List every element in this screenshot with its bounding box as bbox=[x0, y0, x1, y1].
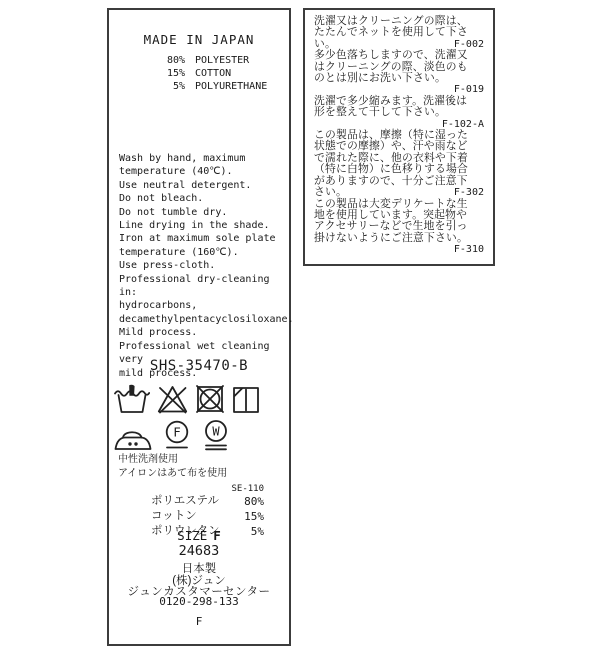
warning-code: F-310 bbox=[454, 244, 484, 255]
warning-text: 多少色落ちしますので、洗濯又 bbox=[314, 50, 468, 61]
warning-text: のとは別にお洗い下さい。 bbox=[314, 73, 446, 84]
warning-text: アクセサリーなどで生地を引っ bbox=[314, 221, 468, 232]
composition-percent: 15% bbox=[149, 67, 185, 80]
care-symbols-row-1 bbox=[114, 384, 260, 414]
composition-percent: 80% bbox=[149, 54, 185, 67]
warning-line: F-310 bbox=[314, 244, 484, 255]
composition-material: POLYURETHANE bbox=[195, 80, 267, 93]
product-number: 24683 bbox=[109, 543, 289, 559]
warning-line: たたんでネットを使用して下さ bbox=[314, 27, 484, 38]
do-not-tumble-dry-icon bbox=[195, 384, 225, 414]
made-in-heading: MADE IN JAPAN bbox=[109, 32, 289, 47]
warning-code: F-302 bbox=[454, 187, 484, 198]
size-label: SIZE bbox=[177, 528, 207, 543]
item-code: SHS-35470-B bbox=[109, 358, 289, 374]
bottom-size-letter: F bbox=[109, 615, 289, 628]
care-notes-jp: 中性洗剤使用 アイロンはあて布を使用 bbox=[118, 453, 227, 480]
composition-jp-row: ポリエステル 80% bbox=[151, 494, 264, 509]
composition-material-jp: ポリエステル bbox=[151, 494, 219, 509]
warning-text: 掛けないようにご注意下さい。 bbox=[314, 233, 468, 244]
size-line: SIZEF bbox=[109, 528, 289, 543]
size-value: F bbox=[213, 528, 221, 543]
warning-text: （特に白物）に色移りする場合 bbox=[314, 164, 468, 175]
composition-en-list: 80% POLYESTER 15% COTTON 5% POLYURETHANE bbox=[149, 54, 267, 93]
dry-clean-letter: F bbox=[173, 425, 181, 440]
do-not-bleach-icon bbox=[157, 384, 188, 414]
care-label-right: 洗濯又はクリーニングの際は、 たたんでネットを使用して下さ い。 F-002 多… bbox=[303, 8, 495, 266]
wet-clean-very-mild-icon: W bbox=[202, 420, 230, 451]
composition-percent: 5% bbox=[149, 80, 185, 93]
wet-clean-letter: W bbox=[212, 425, 220, 439]
composition-material-jp: コットン bbox=[151, 509, 197, 524]
composition-percent-jp: 15% bbox=[244, 509, 264, 524]
warning-line: のとは別にお洗い下さい。 bbox=[314, 73, 484, 84]
dry-clean-mild-icon: F bbox=[163, 420, 191, 451]
warning-line: 形を整えて干して下さい。 bbox=[314, 107, 484, 118]
phone-number: 0120-298-133 bbox=[109, 595, 289, 608]
line-dry-in-shade-icon bbox=[232, 386, 260, 414]
hand-wash-icon bbox=[114, 384, 150, 414]
care-warnings-list: 洗濯又はクリーニングの際は、 たたんでネットを使用して下さ い。 F-002 多… bbox=[314, 16, 484, 256]
warning-line: アクセサリーなどで生地を引っ bbox=[314, 221, 484, 232]
care-symbols-row-2: F W bbox=[114, 420, 230, 451]
composition-material: COTTON bbox=[195, 67, 231, 80]
composition-material: POLYESTER bbox=[195, 54, 249, 67]
warning-line: さい。 F-302 bbox=[314, 187, 484, 198]
warning-line: 多少色落ちしますので、洗濯又 bbox=[314, 50, 484, 61]
warning-text: 形を整えて干して下さい。 bbox=[314, 107, 446, 118]
care-instructions-en: Wash by hand, maximum temperature (40℃).… bbox=[119, 152, 285, 380]
composition-jp-row: コットン 15% bbox=[151, 509, 264, 524]
warning-line: （特に白物）に色移りする場合 bbox=[314, 164, 484, 175]
iron-two-dots-icon bbox=[114, 424, 152, 451]
composition-en-row: 15% COTTON bbox=[149, 67, 267, 80]
warning-text: さい。 bbox=[314, 187, 347, 198]
warning-text: たたんでネットを使用して下さ bbox=[314, 27, 468, 38]
care-label-left: MADE IN JAPAN 80% POLYESTER 15% COTTON 5… bbox=[107, 8, 291, 646]
se-code: SE-110 bbox=[109, 484, 264, 494]
warning-line: 掛けないようにご注意下さい。 bbox=[314, 233, 484, 244]
composition-percent-jp: 80% bbox=[244, 494, 264, 509]
composition-en-row: 5% POLYURETHANE bbox=[149, 80, 267, 93]
composition-en-row: 80% POLYESTER bbox=[149, 54, 267, 67]
